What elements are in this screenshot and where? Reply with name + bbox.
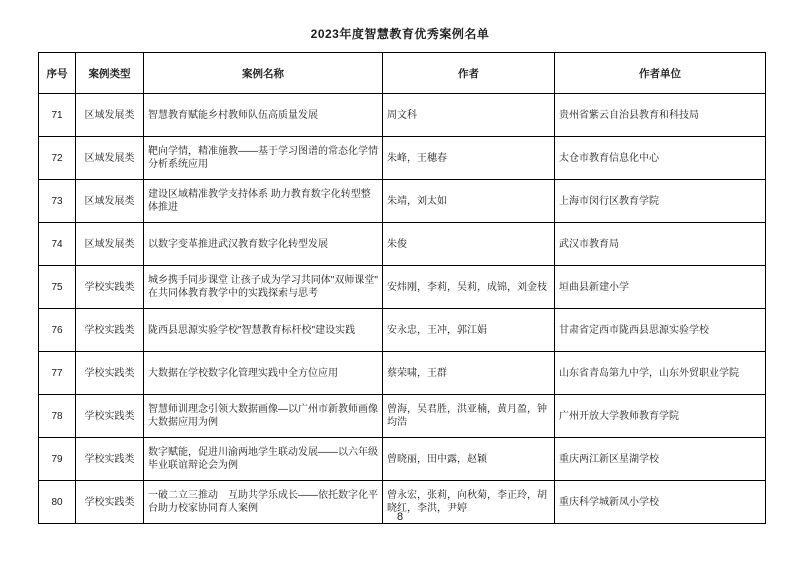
cases-table-head: 序号案例类型案例名称作者作者单位 (39, 53, 766, 94)
table-row: 77学校实践类大数据在学校数字化管理实践中全方位应用蔡荣啸，王群山东省青岛第九中… (39, 352, 766, 395)
cell-name: 以数字变革推进武汉教育数字化转型发展 (144, 223, 383, 266)
cases-table-body: 71区域发展类智慧教育赋能乡村教师队伍高质量发展周文科贵州省紫云自治县教育和科技… (39, 94, 766, 524)
cell-type: 学校实践类 (76, 438, 144, 481)
document-page: 2023年度智慧教育优秀案例名单 序号案例类型案例名称作者作者单位 71区域发展… (0, 0, 800, 565)
cell-org: 武汉市教育局 (555, 223, 766, 266)
table-row: 79学校实践类数字赋能，促进川渝两地学生联动发展——以六年级毕业联谊辩论会为例曾… (39, 438, 766, 481)
column-header: 作者 (383, 53, 555, 94)
cell-serial: 71 (39, 94, 76, 137)
cell-authors: 朱峰，王穗春 (383, 137, 555, 180)
table-row: 71区域发展类智慧教育赋能乡村教师队伍高质量发展周文科贵州省紫云自治县教育和科技… (39, 94, 766, 137)
cell-serial: 72 (39, 137, 76, 180)
column-header: 作者单位 (555, 53, 766, 94)
cases-table-header-row: 序号案例类型案例名称作者作者单位 (39, 53, 766, 94)
cell-serial: 73 (39, 180, 76, 223)
cell-type: 区域发展类 (76, 180, 144, 223)
cell-org: 太仓市教育信息化中心 (555, 137, 766, 180)
cell-name: 城乡携手同步课堂 让孩子成为学习共同体"双师课堂" 在共同体教育教学中的实践探索… (144, 266, 383, 309)
cell-type: 区域发展类 (76, 223, 144, 266)
column-header: 案例类型 (76, 53, 144, 94)
cell-serial: 76 (39, 309, 76, 352)
document-title: 2023年度智慧教育优秀案例名单 (0, 25, 800, 42)
table-row: 78学校实践类智慧师训理念引领大数据画像—以广州市新教师画像大数据应用为例曾海，… (39, 395, 766, 438)
cell-type: 区域发展类 (76, 137, 144, 180)
column-header: 序号 (39, 53, 76, 94)
cell-name: 建设区域精准教学支持体系 助力教育数字化转型整体推进 (144, 180, 383, 223)
cell-serial: 77 (39, 352, 76, 395)
table-row: 74区域发展类以数字变革推进武汉教育数字化转型发展朱俊武汉市教育局 (39, 223, 766, 266)
table-row: 73区域发展类建设区域精准教学支持体系 助力教育数字化转型整体推进朱靖，刘太如上… (39, 180, 766, 223)
page-number: 8 (0, 511, 800, 523)
cell-org: 甘肃省定西市陇西县思源实验学校 (555, 309, 766, 352)
cell-name: 智慧师训理念引领大数据画像—以广州市新教师画像大数据应用为例 (144, 395, 383, 438)
cell-name: 智慧教育赋能乡村教师队伍高质量发展 (144, 94, 383, 137)
cell-name: 数字赋能，促进川渝两地学生联动发展——以六年级毕业联谊辩论会为例 (144, 438, 383, 481)
cell-type: 学校实践类 (76, 352, 144, 395)
cell-name: 靶向学情，精准施教——基于学习图谱的常态化学情分析系统应用 (144, 137, 383, 180)
cell-type: 学校实践类 (76, 395, 144, 438)
cell-authors: 周文科 (383, 94, 555, 137)
table-row: 72区域发展类靶向学情，精准施教——基于学习图谱的常态化学情分析系统应用朱峰，王… (39, 137, 766, 180)
cell-serial: 75 (39, 266, 76, 309)
cases-table: 序号案例类型案例名称作者作者单位 71区域发展类智慧教育赋能乡村教师队伍高质量发… (38, 52, 766, 524)
cell-org: 垣曲县新建小学 (555, 266, 766, 309)
cell-org: 上海市闵行区教育学院 (555, 180, 766, 223)
cell-name: 陇西县思源实验学校"智慧教育标杆校"建设实践 (144, 309, 383, 352)
cell-org: 贵州省紫云自治县教育和科技局 (555, 94, 766, 137)
cell-type: 学校实践类 (76, 266, 144, 309)
cell-type: 区域发展类 (76, 94, 144, 137)
cell-authors: 曾晓丽，田中露，赵颖 (383, 438, 555, 481)
cell-name: 大数据在学校数字化管理实践中全方位应用 (144, 352, 383, 395)
column-header: 案例名称 (144, 53, 383, 94)
cell-authors: 安炜刚，李莉，吴莉，成锦，刘金枝 (383, 266, 555, 309)
cell-org: 广州开放大学教师教育学院 (555, 395, 766, 438)
cell-authors: 朱俊 (383, 223, 555, 266)
cell-serial: 79 (39, 438, 76, 481)
cell-type: 学校实践类 (76, 309, 144, 352)
cell-authors: 朱靖，刘太如 (383, 180, 555, 223)
cell-authors: 安永忠，王冲，郭江娟 (383, 309, 555, 352)
cell-org: 重庆两江新区星湖学校 (555, 438, 766, 481)
table-row: 75学校实践类城乡携手同步课堂 让孩子成为学习共同体"双师课堂" 在共同体教育教… (39, 266, 766, 309)
cell-serial: 78 (39, 395, 76, 438)
cell-serial: 74 (39, 223, 76, 266)
table-row: 76学校实践类陇西县思源实验学校"智慧教育标杆校"建设实践安永忠，王冲，郭江娟甘… (39, 309, 766, 352)
cell-authors: 蔡荣啸，王群 (383, 352, 555, 395)
cell-authors: 曾海，吴君胜，洪亚楠，黄月盈，钟均浩 (383, 395, 555, 438)
cell-org: 山东省青岛第九中学，山东外贸职业学院 (555, 352, 766, 395)
